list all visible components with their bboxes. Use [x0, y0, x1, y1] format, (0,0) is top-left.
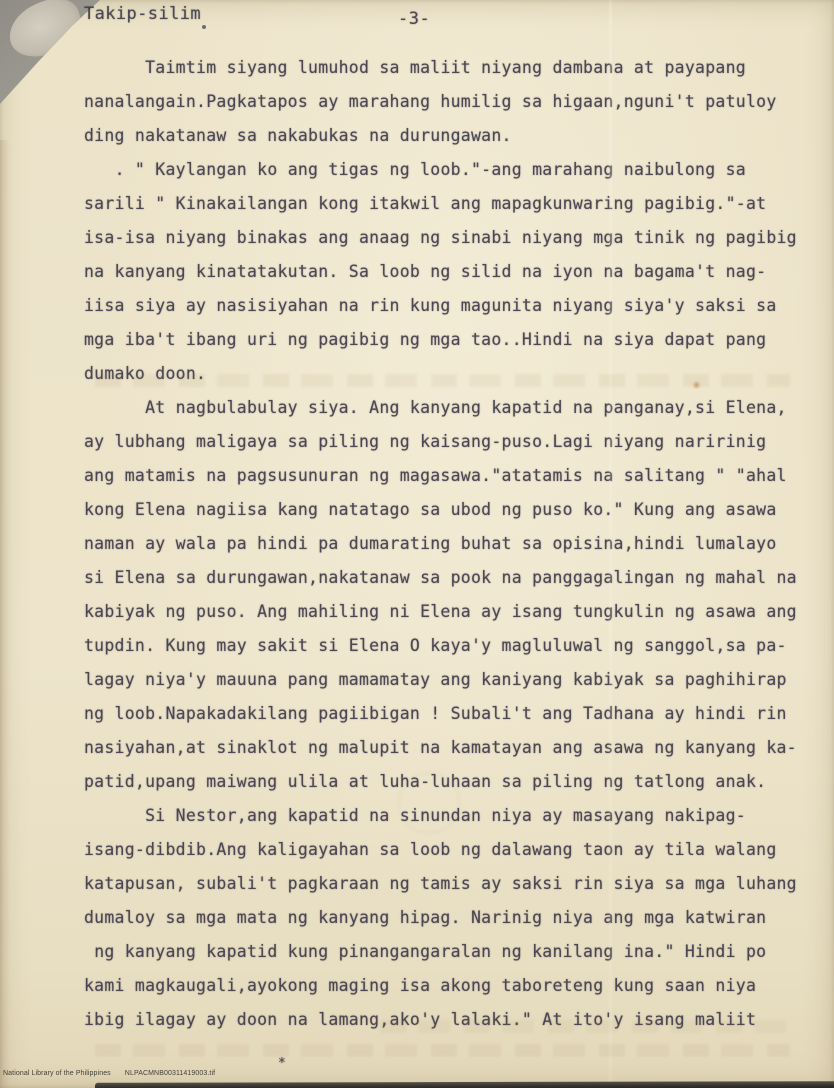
paragraph-3: At nagbulabulay siya. Ang kanyang kapati… — [84, 391, 804, 799]
paper-fold-line — [609, 0, 612, 1088]
scanner-edge-strip — [95, 1081, 834, 1088]
page-title: Takip-silim — [84, 4, 201, 24]
library-name: National Library of the Philippines — [3, 1070, 111, 1077]
torn-paper-blob — [2, 0, 88, 64]
library-watermark: National Library of the PhilippinesNLPAC… — [3, 1070, 215, 1077]
stray-ink-dot — [202, 25, 206, 29]
rust-stain — [692, 381, 701, 389]
manuscript-body: Taimtim siyang lumuhod sa maliit niyang … — [84, 51, 804, 1037]
footnote-asterisk: * — [278, 1056, 286, 1071]
bleed-through-text-artifact — [95, 1044, 790, 1057]
embossed-seal-ghost — [398, 772, 460, 834]
bleed-through-text-artifact — [95, 374, 790, 387]
page-number: -3- — [398, 9, 430, 29]
bleed-through-text-artifact — [380, 1020, 790, 1033]
manuscript-scan-page: Takip-silim -3- Taimtim siyang lumuhod s… — [0, 0, 834, 1088]
paragraph-1: Taimtim siyang lumuhod sa maliit niyang … — [84, 51, 804, 153]
paragraph-2: . " Kaylangan ko ang tigas ng loob."-ang… — [84, 153, 804, 391]
scan-file-id: NLPACMNB00311419003.tif — [125, 1070, 215, 1077]
paragraph-4: Si Nestor,ang kapatid na sinundan niya a… — [84, 799, 804, 1037]
left-edge-shading — [0, 140, 10, 1088]
